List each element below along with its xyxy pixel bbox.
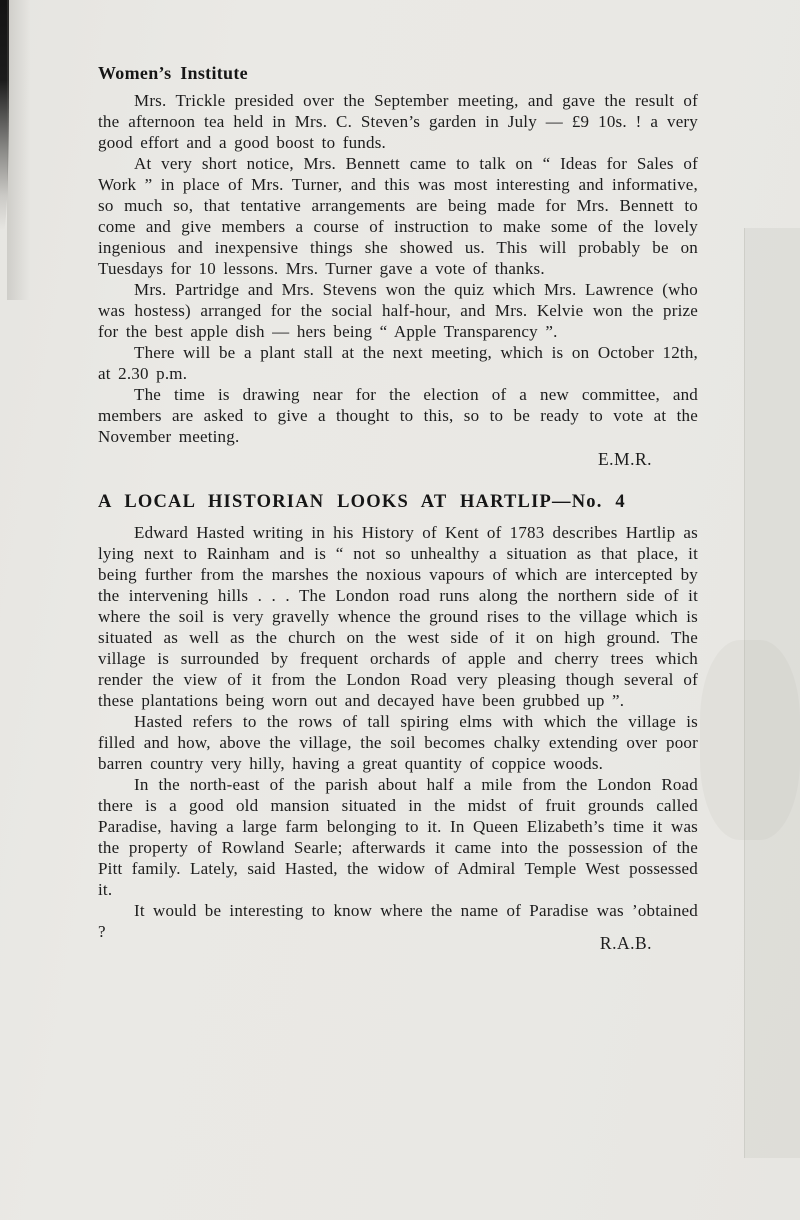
signature-rab: R.A.B.: [98, 933, 698, 954]
paragraph: Mrs. Partridge and Mrs. Stevens won the …: [98, 279, 698, 342]
paragraph: Hasted refers to the rows of tall spirin…: [98, 711, 698, 774]
paragraph: Mrs. Trickle presided over the September…: [98, 90, 698, 153]
paper-blotch: [700, 640, 800, 840]
paragraph: Edward Hasted writing in his History of …: [98, 522, 698, 711]
heading-womens-institute: Women’s Institute: [98, 63, 698, 84]
signature-emr: E.M.R.: [98, 449, 698, 470]
section-womens-institute: Women’s Institute Mrs. Trickle presided …: [98, 63, 698, 470]
section-local-historian: A LOCAL HISTORIAN LOOKS AT HARTLIP—No. 4…: [98, 492, 698, 954]
paragraph: There will be a plant stall at the next …: [98, 342, 698, 384]
spine-shadow-halo: [7, 0, 33, 300]
page-text-column: Women’s Institute Mrs. Trickle presided …: [98, 63, 698, 954]
scanned-page: Women’s Institute Mrs. Trickle presided …: [0, 0, 800, 1220]
heading-local-historian: A LOCAL HISTORIAN LOOKS AT HARTLIP—No. 4: [98, 492, 698, 513]
paragraph: The time is drawing near for the electio…: [98, 384, 698, 447]
paragraph: In the north-east of the parish about ha…: [98, 774, 698, 900]
paragraph: At very short notice, Mrs. Bennett came …: [98, 153, 698, 279]
